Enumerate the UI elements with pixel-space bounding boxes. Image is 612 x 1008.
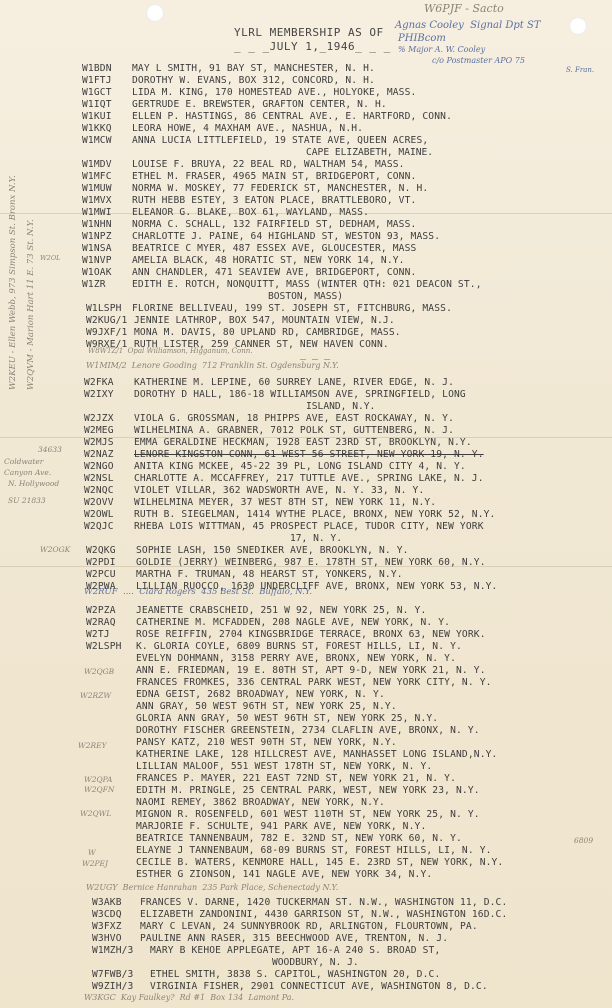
- member-address: ELLEN P. HASTINGS, 86 CENTRAL AVE., E. H…: [132, 111, 452, 122]
- member-callsign: W2KUG/1: [86, 315, 127, 326]
- member-address: GLORIA ANN GRAY, 50 WEST 96TH ST, NEW YO…: [136, 713, 438, 724]
- member-callsign: W1NPZ: [82, 231, 112, 242]
- punch-hole: [569, 17, 587, 35]
- member-address-continued: CAPE ELIZABETH, MAINE.: [306, 147, 433, 158]
- member-callsign: W1KKQ: [82, 123, 112, 134]
- member-callsign: W2LSPH: [86, 641, 122, 652]
- member-address: RHEBA LOIS WITTMAN, 45 PROSPECT PLACE, T…: [134, 521, 484, 532]
- member-address: MIGNON R. ROSENFELD, 601 WEST 110TH ST, …: [136, 809, 480, 820]
- member-callsign: W2TJ: [86, 629, 110, 640]
- member-callsign: W1LSPH: [86, 303, 122, 314]
- member-callsign: W3HVO: [92, 933, 122, 944]
- member-address: ANNA LUCIA LITTLEFIELD, 19 STATE AVE, QU…: [132, 135, 428, 146]
- member-callsign: W1IQT: [82, 99, 112, 110]
- member-callsign: W2RAQ: [86, 617, 116, 628]
- member-address: CHARLOTTE J. PAINE, 64 HIGHLAND ST, WEST…: [132, 231, 440, 242]
- annotation-left-block: Coldwater: [4, 457, 43, 466]
- member-address: ESTHER G ZIONSON, 141 NAGLE AVE, NEW YOR…: [136, 869, 432, 880]
- member-address: LOUISE F. BRUYA, 22 BEAL RD, WALTHAM 54,…: [132, 159, 405, 170]
- member-address: KATHERINE LAKE, 128 HILLCREST AVE, MANHA…: [136, 749, 497, 760]
- member-callsign: W1NHN: [82, 219, 112, 230]
- member-address: LEORA HOWE, 4 MAXHAM AVE., NASHUA, N.H.: [132, 123, 363, 134]
- member-address: ANN E. FRIEDMAN, 19 E. 80TH ST, APT 9-D,…: [136, 665, 486, 676]
- member-callsign: W2PZA: [86, 605, 116, 616]
- member-address: FRANCES V. DARNE, 1420 TUCKERMAN ST. N.W…: [140, 897, 507, 908]
- member-address: PAULINE ANN RASER, 315 BEECHWOOD AVE, TR…: [140, 933, 448, 944]
- member-address: AMELIA BLACK, 48 HORATIC ST, NEW YORK 14…: [132, 255, 405, 266]
- member-callsign: W1FTJ: [82, 75, 112, 86]
- member-address-continued: ISLAND, N.Y.: [306, 401, 375, 412]
- document-date: _ _ _JULY 1,_1946_ _ _: [234, 40, 391, 53]
- member-callsign: W1KUI: [82, 111, 112, 122]
- member-address: EDNA GEIST, 2682 BROADWAY, NEW YORK, N. …: [136, 689, 385, 700]
- member-address: VIOLA G. GROSSMAN, 18 PHIPPS AVE, EAST R…: [134, 413, 454, 424]
- member-callsign: W1OAK: [82, 267, 112, 278]
- member-address: GERTRUDE E. BREWSTER, GRAFTON CENTER, N.…: [132, 99, 387, 110]
- member-address: JENNIE LATHROP, BOX 547, MOUNTAIN VIEW, …: [134, 315, 395, 326]
- member-callsign: W1MUW: [82, 183, 112, 194]
- member-address: EDITH M. PRINGLE, 25 CENTRAL PARK, WEST,…: [136, 785, 480, 796]
- member-address: MARY C LEVAN, 24 SUNNYBROOK RD, ARLINGTO…: [140, 921, 478, 932]
- annotation-added-member: W3KGC Kay Faulkey? Rd #1 Box 134 Lamont …: [84, 993, 294, 1002]
- member-address: MARY B KEHOE APPLEGATE, APT 16-A 240 S. …: [150, 945, 440, 956]
- annotation-callsign: W: [88, 848, 96, 857]
- document-title: YLRL MEMBERSHIP AS OF: [234, 26, 384, 39]
- member-callsign: W1MCW: [82, 135, 112, 146]
- member-address: FRANCES P. MAYER, 221 EAST 72ND ST, NEW …: [136, 773, 456, 784]
- member-callsign: W2NGO: [84, 461, 114, 472]
- member-address: LILLIAN MALOOF, 551 WEST 178TH ST, NEW Y…: [136, 761, 432, 772]
- member-callsign: W1GCT: [82, 87, 112, 98]
- member-address: EMMA GERALDINE HECKMAN, 1928 EAST 23RD S…: [134, 437, 472, 448]
- annotation-added-member: W2UGY Bernice Hanrahan 235 Park Place, S…: [86, 883, 338, 892]
- member-address: FRANCES FROMKES, 336 CENTRAL PARK WEST, …: [136, 677, 492, 688]
- member-callsign: W2OWL: [84, 509, 114, 520]
- member-address: ANN GRAY, 50 WEST 96TH ST, NEW YORK 25, …: [136, 701, 397, 712]
- member-address: MARTHA F. TRUMAN, 48 HEARST ST, YONKERS,…: [136, 569, 403, 580]
- member-callsign: W1BDN: [82, 63, 112, 74]
- member-address: CATHERINE M. MCFADDEN, 208 NAGLE AVE, NE…: [136, 617, 450, 628]
- member-callsign: W2MEG: [84, 425, 114, 436]
- annotation-left-vertical: W2KEU - Ellen Webb, 973 Simpson St. Bron…: [8, 175, 18, 390]
- member-address: MONA M. DAVIS, 80 UPLAND RD, CAMBRIDGE, …: [134, 327, 401, 338]
- annotation-callsign: W2REY: [78, 741, 107, 750]
- member-address: WILHELMINA MEYER, 37 WEST 8TH ST, NEW YO…: [134, 497, 436, 508]
- member-address: CHARLOTTE A. MCCAFFREY, 217 TUTTLE AVE.,…: [134, 473, 484, 484]
- annotation-top-right: S. Fran.: [566, 66, 594, 74]
- annotation-left-block: 34633: [38, 445, 62, 454]
- member-callsign: W1NSA: [82, 243, 112, 254]
- member-address: ELEANOR G. BLAKE, BOX 61, WAYLAND, MASS.: [132, 207, 369, 218]
- member-address: ELAYNE J TANNENBAUM, 68-09 BURNS ST, FOR…: [136, 845, 492, 856]
- annotation-left-block: Canyon Ave.: [4, 468, 51, 477]
- member-address-continued: WOODBURY, N. J.: [272, 957, 359, 968]
- member-callsign: W2JZX: [84, 413, 114, 424]
- member-address: BEATRICE C MYER, 487 ESSEX AVE, GLOUCEST…: [132, 243, 416, 254]
- member-address: KATHERINE M. LEPINE, 60 SURREY LANE, RIV…: [134, 377, 454, 388]
- member-address: ROSE REIFFIN, 2704 KINGSBRIDGE TERRACE, …: [136, 629, 486, 640]
- member-callsign: W1ZR: [82, 279, 106, 290]
- annotation-top-right: c/o Postmaster APO 75: [432, 56, 525, 65]
- member-callsign: W9JXF/1: [86, 327, 127, 338]
- member-address: DOROTHY W. EVANS, BOX 312, CONCORD, N. H…: [132, 75, 375, 86]
- member-address: SOPHIE LASH, 150 SNEDIKER AVE, BROOKLYN,…: [136, 545, 409, 556]
- member-address: NORMA W. MOSKEY, 77 FEDERICK ST, MANCHES…: [132, 183, 428, 194]
- member-address: VIOLET VILLAR, 362 WADSWORTH AVE, N. Y. …: [134, 485, 424, 496]
- member-callsign: W1MZH/3: [92, 945, 133, 956]
- member-address: DOROTHY D HALL, 186-18 WILLIAMSON AVE, S…: [134, 389, 466, 400]
- member-callsign: W2NSL: [84, 473, 114, 484]
- member-callsign: W2FKA: [84, 377, 114, 388]
- member-callsign: W2NQC: [84, 485, 114, 496]
- member-address: RUTH HEBB ESTEY, 3 EATON PLACE, BRATTLEB…: [132, 195, 416, 206]
- member-callsign: W3CDQ: [92, 909, 122, 920]
- annotation-callsign: W2QPA: [84, 775, 112, 784]
- annotation-left-vertical: W2QVM - Marion Hart 11 E. 73 St. N.Y.: [26, 219, 36, 390]
- separator: _ _ _: [300, 349, 330, 360]
- annotation-top-pencil: W6PJF - Sacto: [424, 2, 504, 15]
- member-address: ETHEL M. FRASER, 4965 MAIN ST, BRIDGEPOR…: [132, 171, 416, 182]
- member-address: ANN CHANDLER, 471 SEAVIEW AVE, BRIDGEPOR…: [132, 267, 416, 278]
- annotation-callsign: W2OGK: [40, 545, 70, 554]
- annotation-callsign: W2OL: [40, 254, 60, 262]
- annotation-top-right: % Major A. W. Cooley: [398, 45, 485, 54]
- member-address: BEATRICE TANNENBAUM, 782 E. 32ND ST, NEW…: [136, 833, 462, 844]
- member-callsign: W1MDV: [82, 159, 112, 170]
- annotation-callsign: W2QWL: [80, 809, 111, 818]
- member-address: MAY L SMITH, 91 BAY ST, MANCHESTER, N. H…: [132, 63, 375, 74]
- member-address: K. GLORIA COYLE, 6809 BURNS ST, FOREST H…: [136, 641, 462, 652]
- member-address: PANSY KATZ, 210 WEST 90TH ST, NEW YORK, …: [136, 737, 397, 748]
- member-callsign: W2PDI: [86, 557, 116, 568]
- member-address: NAOMI REMEY, 3862 BROADWAY, NEW YORK, N.…: [136, 797, 385, 808]
- member-callsign: W2QKG: [86, 545, 116, 556]
- member-callsign: W2QJC: [84, 521, 114, 532]
- member-callsign: W1MVX: [82, 195, 112, 206]
- member-callsign: W2MJS: [84, 437, 114, 448]
- member-callsign: W2PWA: [86, 581, 116, 592]
- annotation-left-block: N. Hollywood: [8, 479, 59, 488]
- member-callsign: W2IXY: [84, 389, 114, 400]
- member-address: ANITA KING MCKEE, 45-22 39 PL, LONG ISLA…: [134, 461, 466, 472]
- member-callsign: W1MWI: [82, 207, 112, 218]
- member-address: LILLIAN RUOCCO, 1630 UNDERCLIFF AVE, BRO…: [136, 581, 497, 592]
- member-callsign: W9RXE/1: [86, 339, 127, 350]
- member-address: FLORINE BELLIVEAU, 199 ST. JOSEPH ST, FI…: [132, 303, 452, 314]
- annotation-top-right: PHIBcom: [398, 33, 446, 44]
- member-address: LENORE KINGSTON CONN, 61 WEST 56 STREET,…: [134, 449, 484, 460]
- member-address: ETHEL SMITH, 3838 S. CAPITOL, WASHINGTON…: [150, 969, 440, 980]
- member-callsign: W3AKB: [92, 897, 122, 908]
- member-callsign: W9ZIH/3: [92, 981, 133, 992]
- member-address-continued: 17, N. Y.: [290, 533, 342, 544]
- member-address: CECILE B. WATERS, KENMORE HALL, 145 E. 2…: [136, 857, 503, 868]
- member-address: ELIZABETH ZANDONINI, 4430 GARRISON ST, N…: [140, 909, 507, 920]
- member-callsign: W3FXZ: [92, 921, 122, 932]
- member-callsign: W7FWB/3: [92, 969, 133, 980]
- member-address-continued: BOSTON, MASS): [268, 291, 343, 302]
- member-address: RUTH LISTER, 259 CANNER ST, NEW HAVEN CO…: [134, 339, 389, 350]
- member-callsign: W1MFC: [82, 171, 112, 182]
- annotation-left-block: SU 21833: [8, 496, 46, 505]
- member-address: EVELYN DOHMANN, 3158 PERRY AVE, BRONX, N…: [136, 653, 456, 664]
- member-address: RUTH B. SIEGELMAN, 1414 WYTHE PLACE, BRO…: [134, 509, 495, 520]
- member-address: EDITH E. ROTCH, NONQUITT, MASS (WINTER Q…: [132, 279, 482, 290]
- annotation-callsign: W2QGB: [84, 667, 114, 676]
- member-address: MARJORIE F. SCHULTE, 941 PARK AVE, NEW Y…: [136, 821, 426, 832]
- document-page: YLRL MEMBERSHIP AS OF _ _ _JULY 1,_1946_…: [0, 0, 612, 1008]
- member-callsign: W2NAZ: [84, 449, 114, 460]
- member-address: LIDA M. KING, 170 HOMESTEAD AVE., HOLYOK…: [132, 87, 416, 98]
- punch-hole: [146, 4, 164, 22]
- annotation-added-member: W1MIM/2 Lenore Gooding 712 Franklin St. …: [86, 361, 339, 370]
- annotation-top-right: Agnas Cooley Signal Dpt ST: [395, 20, 541, 31]
- member-address: NORMA C. SCHALL, 132 FAIRFIELD ST, DEDHA…: [132, 219, 416, 230]
- member-address: WILHELMINA A. GRABNER, 7012 POLK ST, GUT…: [134, 425, 454, 436]
- member-address: DOROTHY FISCHER GREENSTEIN, 2734 CLAFLIN…: [136, 725, 480, 736]
- annotation-note: 6809: [574, 836, 593, 845]
- member-callsign: W2PCU: [86, 569, 116, 580]
- member-address: GOLDIE (JERRY) WEINBERG, 987 E. 178TH ST…: [136, 557, 486, 568]
- member-address: VIRGINIA FISHER, 2901 CONNECTICUT AVE, W…: [150, 981, 488, 992]
- annotation-callsign: W2QFN: [84, 785, 114, 794]
- member-callsign: W2OVV: [84, 497, 114, 508]
- annotation-callsign: W2RZW: [80, 691, 111, 700]
- annotation-callsign: W2PEJ: [82, 859, 108, 868]
- member-address: JEANETTE CRABSCHEID, 251 W 92, NEW YORK …: [136, 605, 426, 616]
- member-callsign: W1NVP: [82, 255, 112, 266]
